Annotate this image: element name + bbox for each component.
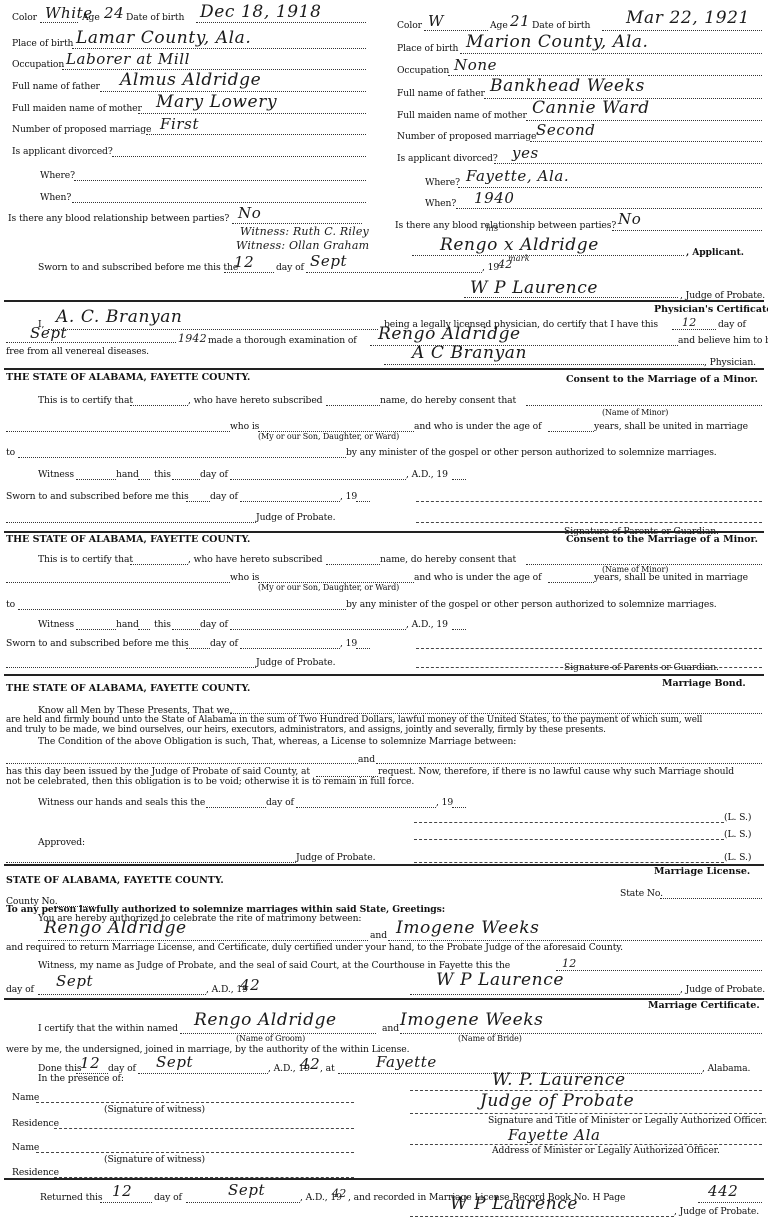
bride-color-label: Color [397,21,422,30]
license-heading: Marriage License. [654,867,750,877]
bond-p1: Know all Men by These Presents, That we, [38,706,232,715]
physician-patient: Rengo Aldridge [378,326,521,343]
return-judge-signature: W P Laurence [450,1196,578,1213]
witness-1-signature: Witness: Ruth C. Riley [240,226,369,237]
license-witness: Witness, my name as Judge of Probate, an… [38,961,510,970]
divider [4,368,764,370]
bride-divorced-label: Is applicant divorced? [397,154,498,163]
bride-dob-label: Date of birth [532,21,590,30]
license-groom: Rengo Aldridge [44,920,187,937]
witness-2-sig-label: (Signature of witness) [104,1155,205,1164]
physician-day-of: day of [718,320,746,329]
physician-text-3: and believe him to be [678,336,768,345]
bride-occupation-value: None [454,58,497,73]
bond-p5a: has this day been issued by the Judge of… [6,767,310,776]
consent-1-l1b: , who have hereto subscribed [188,396,322,405]
divider [4,531,764,533]
divider [4,1178,764,1180]
bond-judge: Judge of Probate. [296,853,375,862]
groom-pob-value: Lamar County, Ala. [76,30,251,47]
consent-2-sworn-19: , 19 [340,639,357,648]
license-state-no: State No. [620,889,663,898]
officer-signature: W. P. Laurence [492,1072,626,1089]
consent-1-l1c: name, do hereby consent that [380,396,516,405]
consent-1-this: this [154,470,171,479]
license-judge-label: , Judge of Probate. [680,985,765,994]
groom-blood-label: Is there any blood relationship between … [8,214,229,223]
consent-2-relation: (My or our Son, Daughter, or Ward) [258,584,399,592]
return-month: Sept [228,1183,265,1198]
certificate-done: Done this [38,1064,82,1073]
license-and: and [370,931,387,940]
certificate-at: , at [320,1064,335,1073]
consent-2-l2b: and who is under the age of [414,573,541,582]
bride-mother-label: Full maiden name of mother [397,111,527,120]
certificate-place: Fayette [376,1055,437,1070]
consent-1-day-of: day of [200,470,228,479]
certificate-month: Sept [156,1055,193,1070]
license-required: and required to return Marriage License,… [6,943,623,952]
certificate-day-of: day of [108,1064,136,1073]
consent-2-l2c: years, shall be united in marriage [594,573,748,582]
license-day-of: day of [6,985,34,994]
groom-color-label: Color [12,13,37,22]
consent-1-l3b: by any minister of the gospel or other p… [346,448,717,457]
consent-1-sworn-day-of: day of [210,492,238,501]
bride-blood-value: No [618,212,641,227]
groom-occupation-label: Occupation [12,60,64,69]
bride-pob-label: Place of birth [397,44,458,53]
divider [4,864,764,866]
consent-1-name-of-minor: (Name of Minor) [602,409,668,417]
bride-father-value: Bankhead Weeks [490,78,645,95]
officer-label: Signature and Title of Minister or Legal… [488,1116,767,1125]
sworn-month: Sept [310,254,347,269]
consent-1-l2c: years, shall be united in marriage [594,422,748,431]
his-mark-bottom: mark [508,255,530,263]
groom-age-value: 24 [104,6,124,21]
bond-p2: are held and firmly bound unto the State… [6,716,702,725]
return-returned: Returned this [40,1193,102,1202]
consent-1-witness: Witness [38,470,74,479]
consent-1-ad: , A.D., 19 [406,470,448,479]
consent-2-this: this [154,620,171,629]
bond-state: THE STATE OF ALABAMA, FAYETTE COUNTY. [6,684,250,694]
license-day: 12 [562,958,576,969]
consent-1-heading: Consent to the Marriage of a Minor. [566,375,758,385]
certificate-groom: Rengo Aldridge [194,1012,337,1029]
consent-2-sig: Signature of Parents or Guardian. [564,663,719,672]
bond-approved: Approved: [38,838,85,847]
physician-sig-label: , Physician. [704,358,756,367]
consent-1-l2a: who is [230,422,259,431]
consent-2-l1a: This is to certify that [38,555,133,564]
groom-occupation-value: Laborer at Mill [66,52,190,67]
his-mark-top: his [486,225,498,233]
certificate-joined: were by me, the undersigned, joined in m… [6,1045,409,1054]
judge-label-oath: , Judge of Probate. [680,291,765,300]
consent-1-judge: Judge of Probate. [256,513,335,522]
sworn-label: Sworn to and subscribed before me this t… [38,263,238,272]
groom-divorced-label: Is applicant divorced? [12,147,113,156]
divider [4,674,764,676]
consent-2-hand: hand [116,620,139,629]
groom-marriage-number-value: First [160,117,199,132]
physician-day: 12 [682,317,696,328]
officer-title: Judge of Probate [480,1093,634,1110]
applicant-label: , Applicant. [686,248,744,257]
bond-ls-1: (L. S.) [724,813,751,822]
certificate-presence: In the presence of: [38,1074,124,1083]
license-bride: Imogene Weeks [396,920,539,937]
officer-address-label: Address of Minister or Legally Authorize… [492,1146,720,1155]
consent-1-l1a: This is to certify that [38,396,133,405]
bond-witness-c: , 19 [436,798,453,807]
bond-witness-a: Witness our hands and seals this the [38,798,205,807]
sworn-year-prefix: , 19 [482,263,499,272]
bride-father-label: Full name of father [397,89,485,98]
groom-marriage-number-label: Number of proposed marriage [12,125,151,134]
witness-2-residence-label: Residence [12,1168,59,1177]
consent-2-judge: Judge of Probate. [256,658,335,667]
consent-2-state: THE STATE OF ALABAMA, FAYETTE COUNTY. [6,535,250,545]
bride-pob-value: Marion County, Ala. [466,34,648,51]
witness-1-residence-label: Residence [12,1119,59,1128]
witness-1-sig-label: (Signature of witness) [104,1105,205,1114]
certificate-certify: I certify that the within named [38,1024,178,1033]
physician-year: 1942 [178,333,207,344]
license-judge-signature: W P Laurence [436,972,564,989]
bride-marriage-number-value: Second [536,123,595,138]
groom-dob-value: Dec 18, 1918 [200,4,322,21]
consent-2-l3b: by any minister of the gospel or other p… [346,600,717,609]
bride-mother-value: Cannie Ward [532,100,650,117]
bride-where-label: Where? [425,178,460,187]
consent-1-sworn: Sworn to and subscribed before me this [6,492,189,501]
groom-father-value: Almus Aldridge [120,72,261,89]
bride-color-value: W [428,14,444,29]
groom-father-label: Full name of father [12,82,100,91]
bride-dob-value: Mar 22, 1921 [626,10,750,27]
bride-where-value: Fayette, Ala. [466,169,569,184]
sworn-day-of-label: day of [276,263,304,272]
consent-1-sworn-19: , 19 [340,492,357,501]
groom-dob-label: Date of birth [126,13,184,22]
bride-when-label: When? [425,199,456,208]
physician-text-2: made a thorough examination of [208,336,357,345]
return-page: 442 [708,1184,738,1199]
groom-mother-value: Mary Lowery [156,94,277,111]
consent-1-l3a: to [6,448,15,457]
return-day: 12 [112,1184,132,1199]
certificate-bride: Imogene Weeks [400,1012,543,1029]
consent-2-ad: , A.D., 19 [406,620,448,629]
bond-witness-b: day of [266,798,294,807]
physician-signature: A C Branyan [412,345,527,362]
certificate-bride-label: (Name of Bride) [458,1035,522,1043]
bond-p4: The Condition of the above Obligation is… [38,737,516,746]
physician-month: Sept [30,326,67,341]
applicant-signature: Rengo x Aldridge [440,237,599,254]
consent-2-l2a: who is [230,573,259,582]
bond-heading: Marriage Bond. [662,679,746,689]
return-day-of: day of [154,1193,182,1202]
bride-age-label: Age [490,21,508,30]
consent-2-heading: Consent to the Marriage of a Minor. [566,535,758,545]
bride-divorced-value: yes [512,146,539,161]
divider [4,300,764,302]
consent-2-sworn: Sworn to and subscribed before me this [6,639,189,648]
consent-2-l3a: to [6,600,15,609]
groom-where-label: Where? [40,171,75,180]
return-judge-label: , Judge of Probate. [674,1207,759,1216]
consent-1-state: THE STATE OF ALABAMA, FAYETTE COUNTY. [6,373,250,383]
consent-1-relation: (My or our Son, Daughter, or Ward) [258,433,399,441]
license-year: 42 [240,978,260,993]
bond-ls-3: (L. S.) [724,853,751,862]
groom-mother-label: Full maiden name of mother [12,104,142,113]
physician-name: A. C. Branyan [56,309,183,326]
certificate-year: 42 [300,1057,320,1072]
bond-p6: not be celebrated, then this obligation … [6,777,414,786]
certificate-and: and [382,1024,399,1033]
bride-marriage-number-label: Number of proposed marriage [397,132,536,141]
consent-2-day-of: day of [200,620,228,629]
officer-address: Fayette Ala [508,1128,601,1143]
physician-heading: Physician's Certificate. [654,305,768,315]
consent-2-witness: Witness [38,620,74,629]
consent-2-l1c: name, do hereby consent that [380,555,516,564]
bond-p3: and truly to be made, we bind ourselves,… [6,726,606,735]
consent-1-hand: hand [116,470,139,479]
bond-and: and [358,755,375,764]
license-month: Sept [56,974,93,989]
sworn-day: 12 [234,255,254,270]
certificate-groom-label: (Name of Groom) [236,1035,305,1043]
return-year: 42 [332,1188,346,1199]
bride-when-value: 1940 [474,191,515,206]
certificate-day: 12 [80,1056,100,1071]
certificate-alabama: , Alabama. [702,1064,750,1073]
certificate-heading: Marriage Certificate. [648,1001,760,1011]
judge-signature-oath: W P Laurence [470,280,598,297]
physician-text-4: free from all venereal diseases. [6,347,149,356]
witness-2-name-label: Name [12,1143,39,1152]
groom-pob-label: Place of birth [12,39,73,48]
bride-age-value: 21 [510,14,530,29]
consent-2-sworn-day-of: day of [210,639,238,648]
groom-blood-value: No [238,206,261,221]
consent-1-l2b: and who is under the age of [414,422,541,431]
consent-2-l1b: , who have hereto subscribed [188,555,322,564]
bride-blood-label: Is there any blood relationship between … [395,221,616,230]
witness-2-signature: Witness: Ollan Graham [236,240,369,251]
license-state: STATE OF ALABAMA, FAYETTE COUNTY. [6,876,224,886]
groom-age-label: Age [82,13,100,22]
bond-ls-2: (L. S.) [724,830,751,839]
groom-when-label: When? [40,193,71,202]
bond-p5b: request. Now, therefore, if there is no … [378,767,734,776]
bride-occupation-label: Occupation [397,66,449,75]
witness-1-name-label: Name [12,1093,39,1102]
